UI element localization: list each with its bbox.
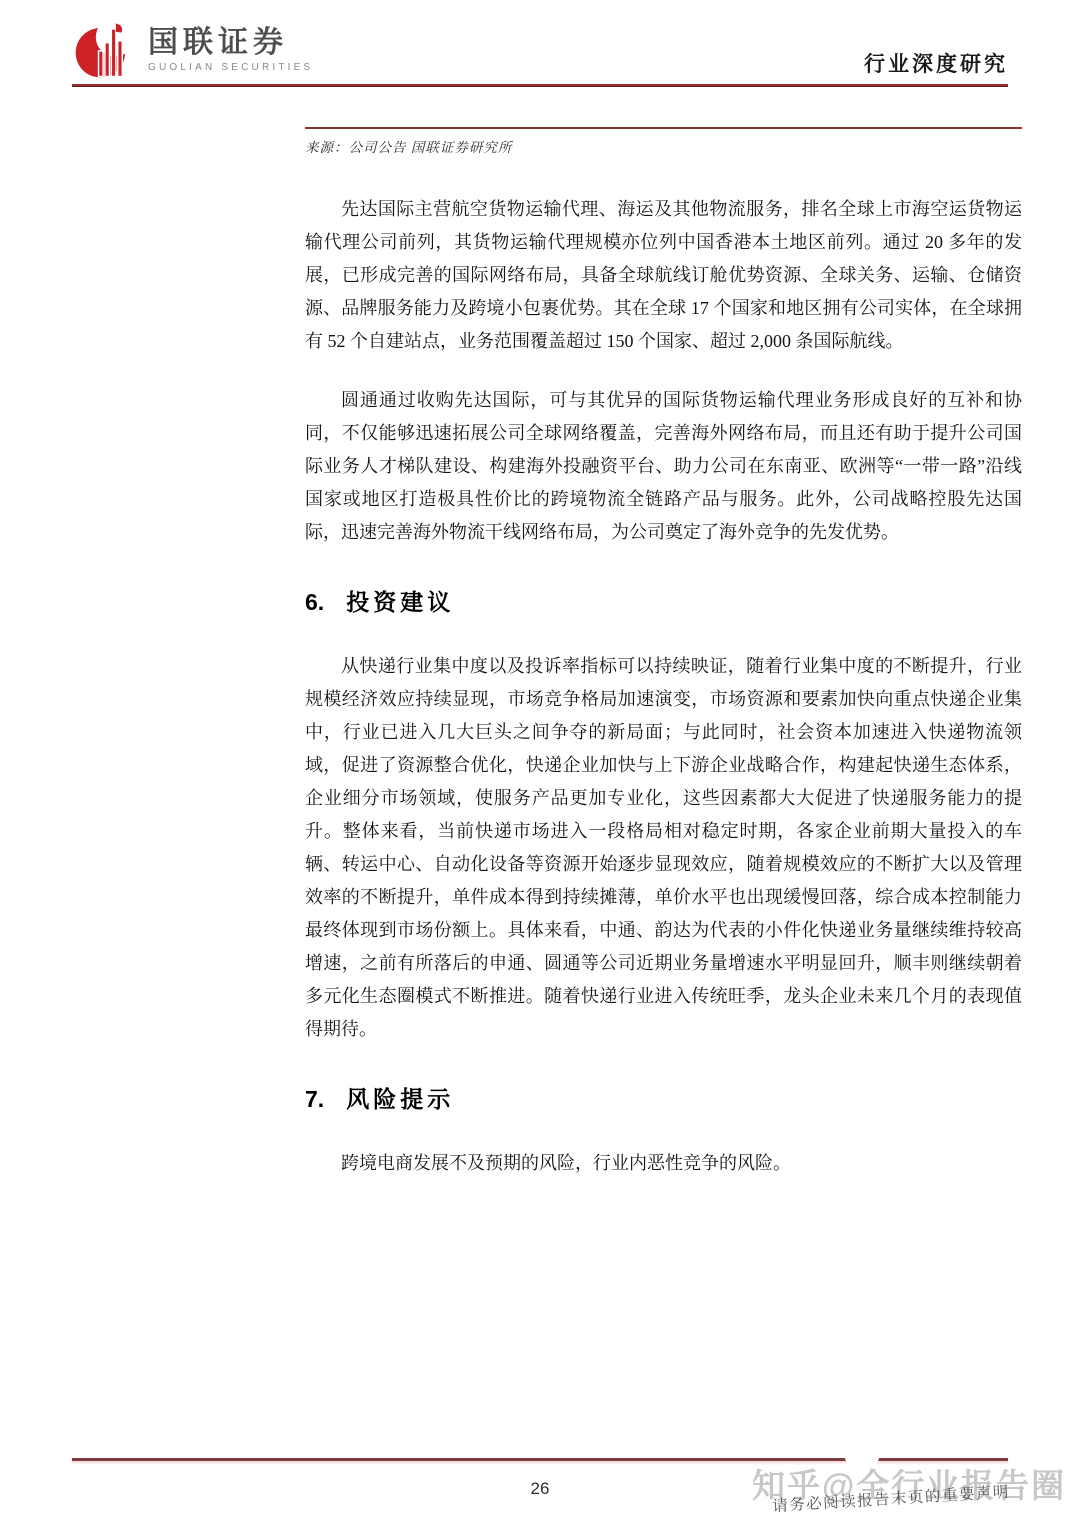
page-number: 26: [531, 1479, 550, 1499]
source-note: 来源：公司公告 国联证券研究所: [305, 129, 1022, 156]
paragraph-risk-warning: 跨境电商发展不及预期的风险，行业内恶性竞争的风险。: [305, 1147, 1022, 1180]
logo-text: 国联证券 GUOLIAN SECURITIES: [148, 27, 313, 73]
section-title: 风险提示: [346, 1081, 454, 1114]
header-divider: [72, 84, 1008, 87]
report-page: 国联证券 GUOLIAN SECURITIES 行业深度研究 来源：公司公告 国…: [0, 0, 1080, 1527]
report-type-label: 行业深度研究: [864, 48, 1008, 78]
section-number: 6.: [305, 589, 324, 616]
section-heading-investment-advice: 6. 投资建议: [305, 584, 1022, 617]
company-logo: 国联证券 GUOLIAN SECURITIES: [72, 18, 313, 82]
paragraph-xianda-overview: 先达国际主营航空货物运输代理、海运及其他物流服务，排名全球上市海空运货物运输代理…: [305, 193, 1022, 358]
guolian-logo-icon: [72, 18, 136, 82]
logo-name-en: GUOLIAN SECURITIES: [148, 62, 313, 73]
section-heading-risk-warning: 7. 风险提示: [305, 1081, 1022, 1114]
paragraph-yto-acquisition: 圆通通过收购先达国际，可与其优异的国际货物运输代理业务形成良好的互补和协同，不仅…: [305, 384, 1022, 549]
logo-name-cn: 国联证券: [148, 27, 313, 59]
section-number: 7.: [305, 1086, 324, 1113]
page-header: 国联证券 GUOLIAN SECURITIES 行业深度研究: [0, 0, 1080, 86]
section-title: 投资建议: [346, 584, 454, 617]
paragraph-investment-advice: 从快递行业集中度以及投诉率指标可以持续映证，随着行业集中度的不断提升，行业规模经…: [305, 650, 1022, 1046]
report-content: 来源：公司公告 国联证券研究所 先达国际主营航空货物运输代理、海运及其他物流服务…: [305, 127, 1022, 1180]
